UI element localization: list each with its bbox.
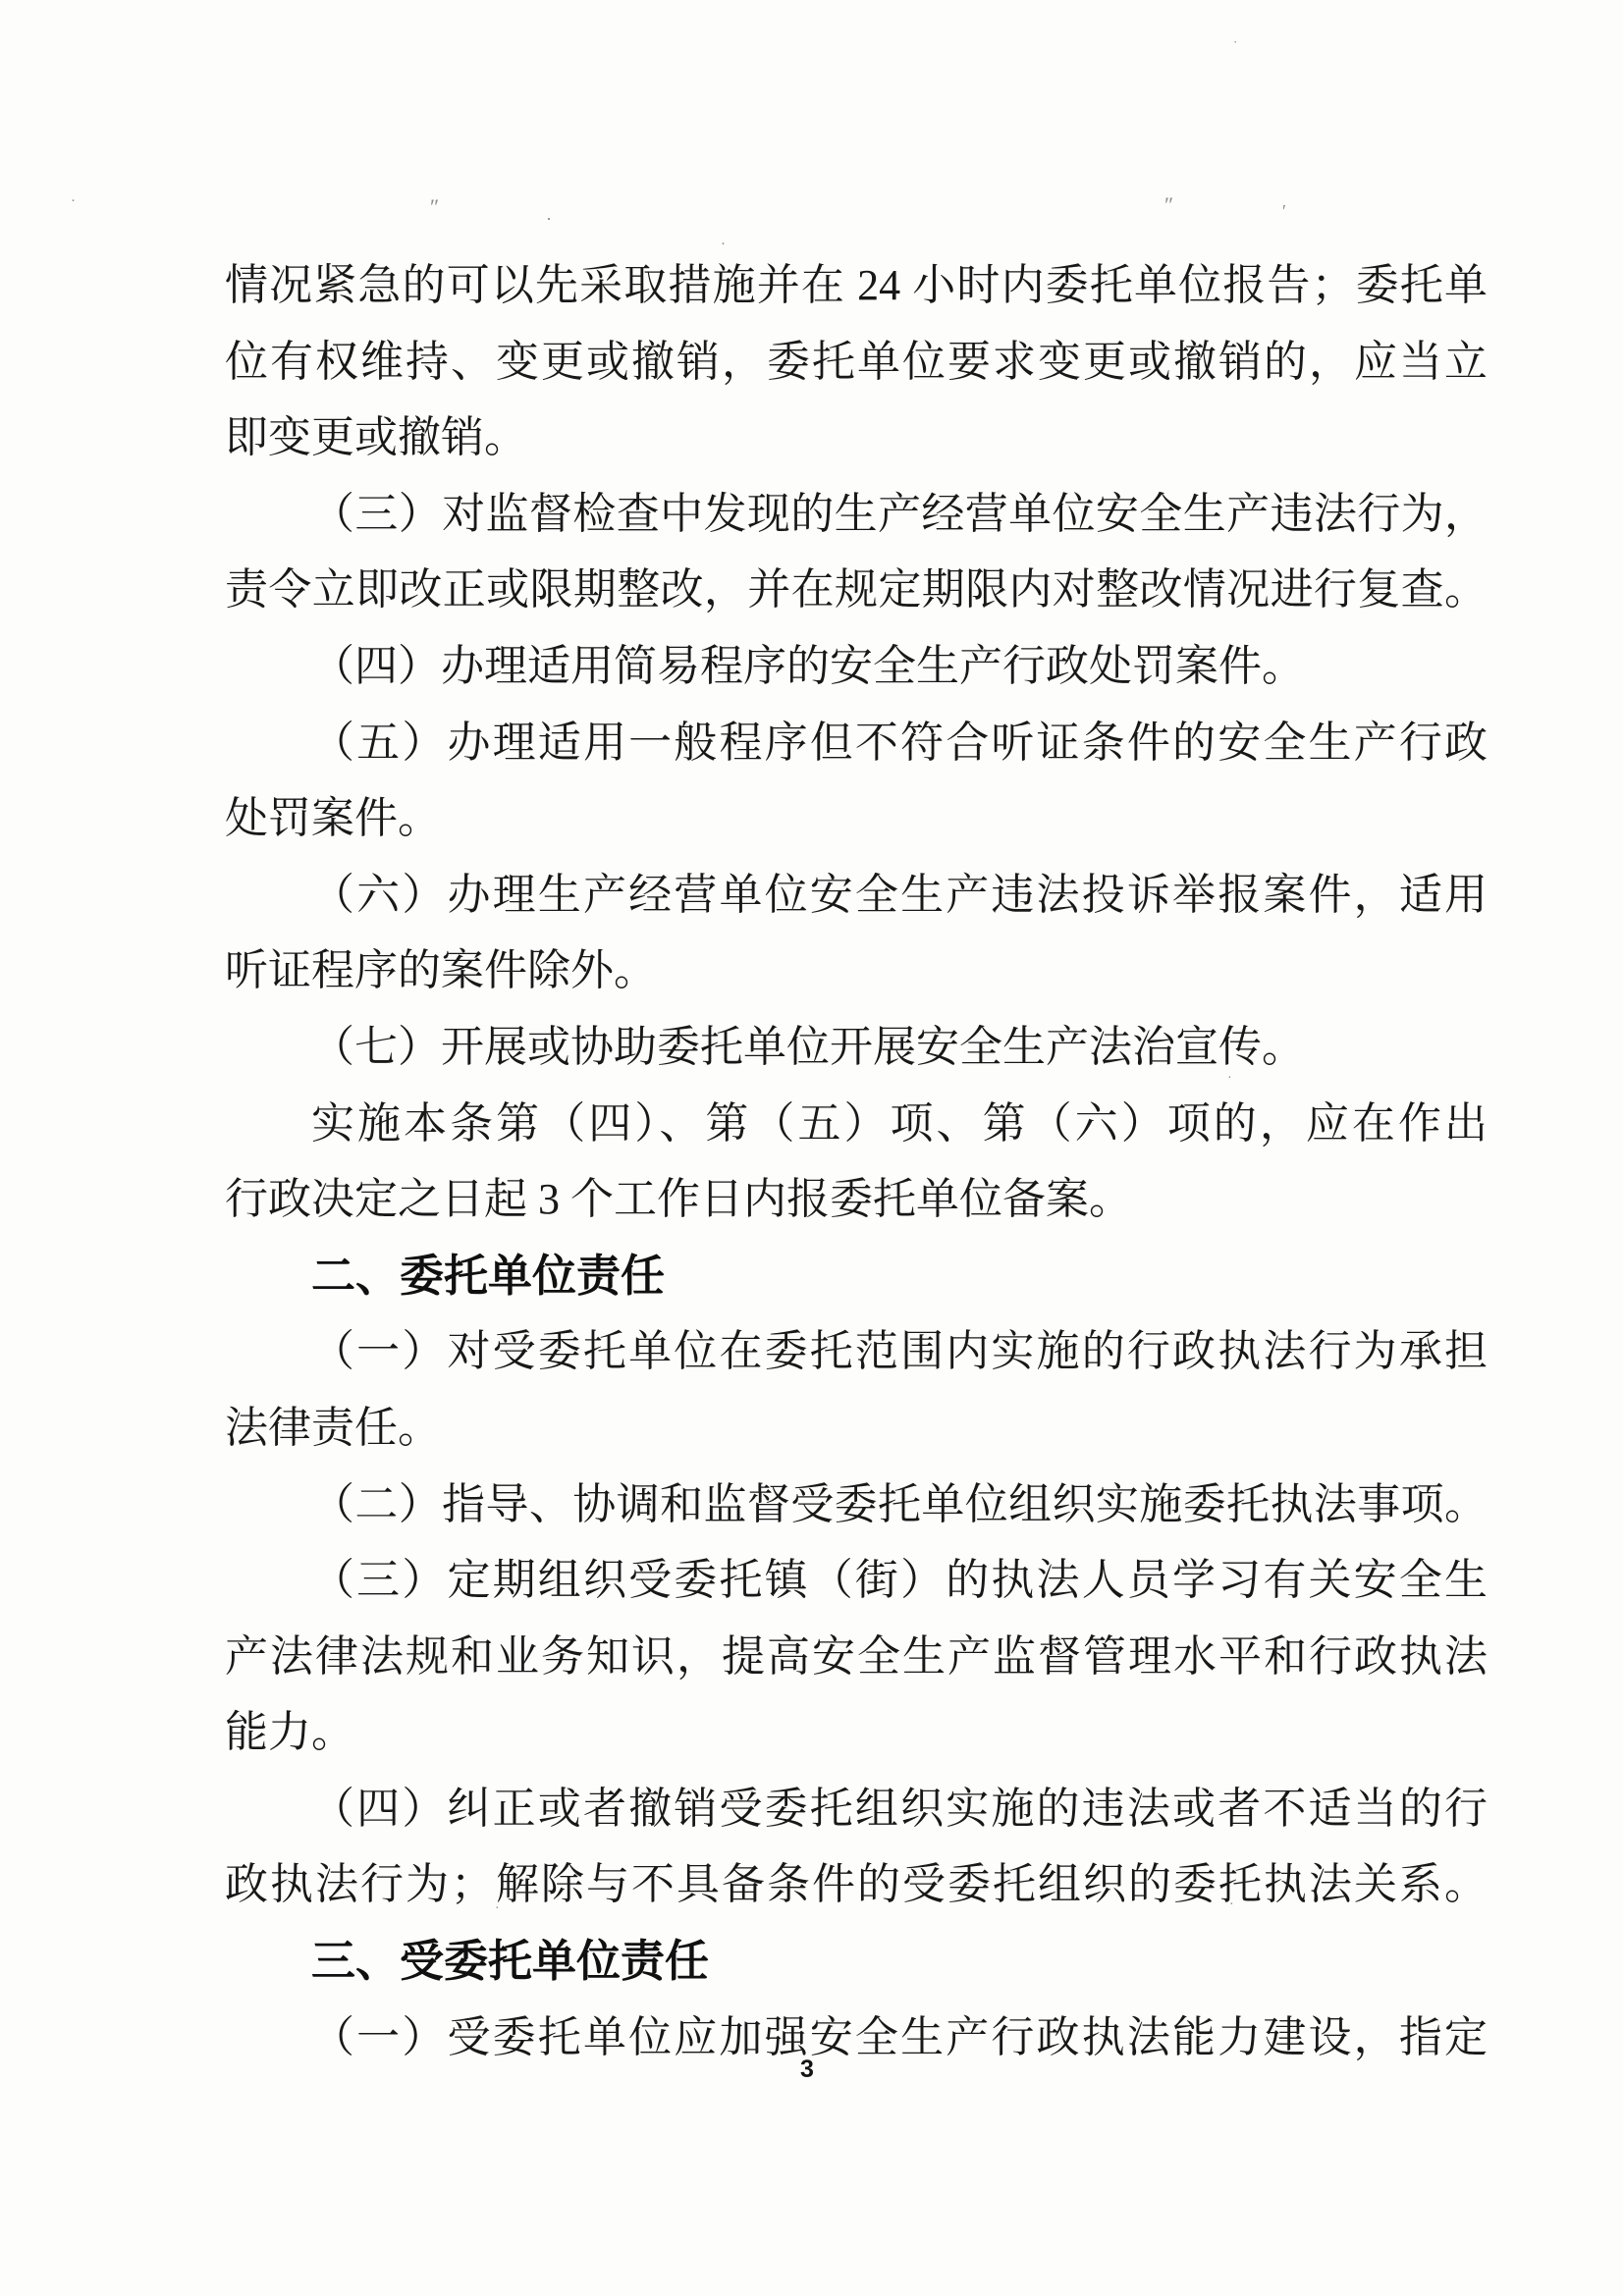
text-line: 行政决定之日起 3 个工作日内报委托单位备案。 — [225, 1161, 1488, 1238]
scan-speck: · — [1233, 35, 1237, 48]
text-line: 责令立即改正或限期整改，并在规定期限内对整改情况进行复查。 — [225, 552, 1488, 628]
scan-speck: ″ — [430, 196, 439, 218]
text-line: 法律责任。 — [225, 1390, 1488, 1467]
scan-speck: ′ — [1282, 202, 1286, 220]
text-line: 听证程序的案件除外。 — [225, 933, 1488, 1009]
page-number: 3 — [776, 2056, 839, 2084]
text-line: 能力。 — [225, 1694, 1488, 1771]
text-line: （七）开展或协助委托单位开展安全生产法治宣传。 — [225, 1009, 1488, 1086]
text-line: 政执法行为；解除与不具备条件的受委托组织的委托执法关系。 — [225, 1846, 1488, 1923]
scan-speck: · — [71, 194, 76, 209]
text-line: （一）对受委托单位在委托范围内实施的行政执法行为承担 — [225, 1313, 1488, 1390]
text-line: （四）纠正或者撤销受委托组织实施的违法或者不适当的行 — [225, 1771, 1488, 1847]
section-heading-3: 三、受委托单位责任 — [225, 1923, 1488, 2000]
scan-speck: ″ — [1164, 194, 1173, 216]
text-line: （一）受委托单位应加强安全生产行政执法能力建设，指定 — [225, 2000, 1488, 2076]
text-line: 即变更或撤销。 — [225, 400, 1488, 476]
text-line: 实施本条第（四）、第（五）项、第（六）项的，应在作出 — [225, 1086, 1488, 1162]
text-line: （二）指导、协调和监督受委托单位组织实施委托执法事项。 — [225, 1467, 1488, 1543]
scanned-document-page: ″ · ″ ′ · · · · · · · 情况紧急的可以先采取措施并在 24 … — [0, 0, 1623, 2296]
text-line: （三）对监督检查中发现的生产经营单位安全生产违法行为， — [225, 476, 1488, 553]
text-line: （四）办理适用简易程序的安全生产行政处罚案件。 — [225, 628, 1488, 705]
section-heading-2: 二、委托单位责任 — [225, 1238, 1488, 1314]
document-body: 情况紧急的可以先采取措施并在 24 小时内委托单位报告；委托单 位有权维持、变更… — [225, 247, 1488, 2075]
text-line: 产法律法规和业务知识，提高安全生产监督管理水平和行政执法 — [225, 1619, 1488, 1695]
text-line: 处罚案件。 — [225, 780, 1488, 857]
text-line: 情况紧急的可以先采取措施并在 24 小时内委托单位报告；委托单 — [225, 247, 1488, 324]
text-line: （三）定期组织受委托镇（街）的执法人员学习有关安全生 — [225, 1542, 1488, 1619]
text-line: （五）办理适用一般程序但不符合听证条件的安全生产行政 — [225, 705, 1488, 781]
scan-speck: · — [546, 210, 552, 228]
text-line: 位有权维持、变更或撤销，委托单位要求变更或撤销的，应当立 — [225, 324, 1488, 400]
text-line: （六）办理生产经营单位安全生产违法投诉举报案件，适用 — [225, 857, 1488, 934]
